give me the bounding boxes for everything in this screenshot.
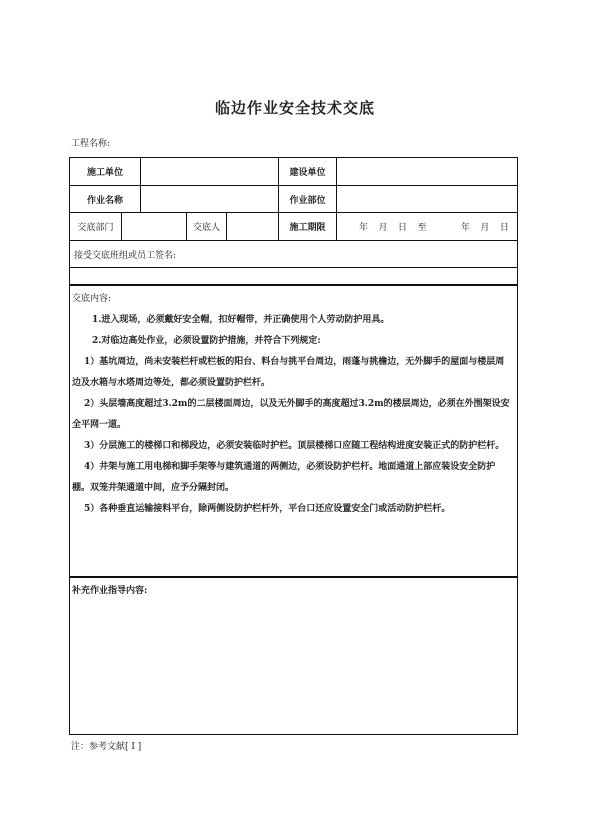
footnote: 注：参考文献[ I ]: [71, 739, 141, 752]
form-row-work: 作业名称 作业部位: [70, 186, 517, 213]
disclosure-form: 施工单位 建设单位 作业名称 作业部位 交底部门 交底人 施工期限 年 月 日 …: [69, 157, 518, 735]
end-year-label: 年: [461, 220, 470, 233]
owner-unit-field[interactable]: [337, 158, 517, 185]
work-name-field[interactable]: [141, 186, 279, 212]
construction-period-field[interactable]: 年 月 日 至 年 月 日: [337, 213, 517, 240]
to-label: 至: [417, 220, 426, 233]
supplement-section: 补充作业指导内容:: [70, 578, 517, 733]
content-paragraph-6: 4）井架与施工用电梯和脚手架等与建筑通道的两侧边，必须设防护栏杆。地面通道上部应…: [70, 457, 517, 499]
content-heading: 交底内容:: [70, 286, 517, 310]
form-row-units: 施工单位 建设单位: [70, 158, 517, 186]
content-paragraph-4: 2）头层墙高度超过3.2m的二层楼面周边，以及无外脚手的高度超过3.2m的楼层周…: [70, 394, 517, 436]
construction-unit-field[interactable]: [141, 158, 279, 185]
signature-field[interactable]: [70, 268, 517, 284]
supplement-heading: 补充作业指导内容:: [70, 578, 517, 602]
end-month-label: 月: [480, 220, 489, 233]
supplement-field[interactable]: [70, 602, 517, 732]
start-month-label: 月: [378, 220, 387, 233]
discloser-label: 交底人: [187, 213, 227, 240]
document-title: 临边作业安全技术交底: [0, 97, 590, 118]
project-name-label: 工程名称:: [71, 136, 110, 149]
form-row-disclosure: 交底部门 交底人 施工期限 年 月 日 至 年 月 日: [70, 213, 517, 241]
content-paragraph-3: 1）基坑周边，尚未安装栏杆或栏板的阳台、料台与挑平台周边，雨蓬与挑檐边，无外脚手…: [70, 352, 517, 394]
disclosure-dept-field[interactable]: [122, 213, 187, 240]
construction-period-label: 施工期限: [279, 213, 337, 240]
work-name-label: 作业名称: [70, 186, 141, 212]
end-day-label: 日: [500, 220, 509, 233]
signature-field-row: [70, 268, 517, 286]
content-paragraph-1: 1.进入现场，必须戴好安全帽，扣好帽带，并正确使用个人劳动防护用具。: [70, 310, 517, 331]
signature-label-row: 接受交底班组或员工签名:: [70, 241, 517, 268]
start-day-label: 日: [398, 220, 407, 233]
disclosure-content-section: 交底内容: 1.进入现场，必须戴好安全帽，扣好帽带，并正确使用个人劳动防护用具。…: [70, 286, 517, 578]
content-paragraph-2: 2.对临边高处作业，必须设置防护措施，并符合下列规定:: [70, 331, 517, 352]
work-location-field[interactable]: [337, 186, 517, 212]
discloser-field[interactable]: [227, 213, 279, 240]
disclosure-dept-label: 交底部门: [70, 213, 122, 240]
content-paragraph-5: 3）分层施工的楼梯口和梯段边，必须安装临时护栏。顶层楼梯口应随工程结构进度安装正…: [70, 436, 517, 457]
signature-label: 接受交底班组或员工签名:: [70, 241, 517, 267]
start-year-label: 年: [359, 220, 368, 233]
content-paragraph-7: 5）各种垂直运输接料平台，除两侧设防护栏杆外，平台口还应设置安全门或活动防护栏杆…: [70, 499, 517, 520]
work-location-label: 作业部位: [279, 186, 337, 212]
owner-unit-label: 建设单位: [279, 158, 337, 185]
construction-unit-label: 施工单位: [70, 158, 141, 185]
